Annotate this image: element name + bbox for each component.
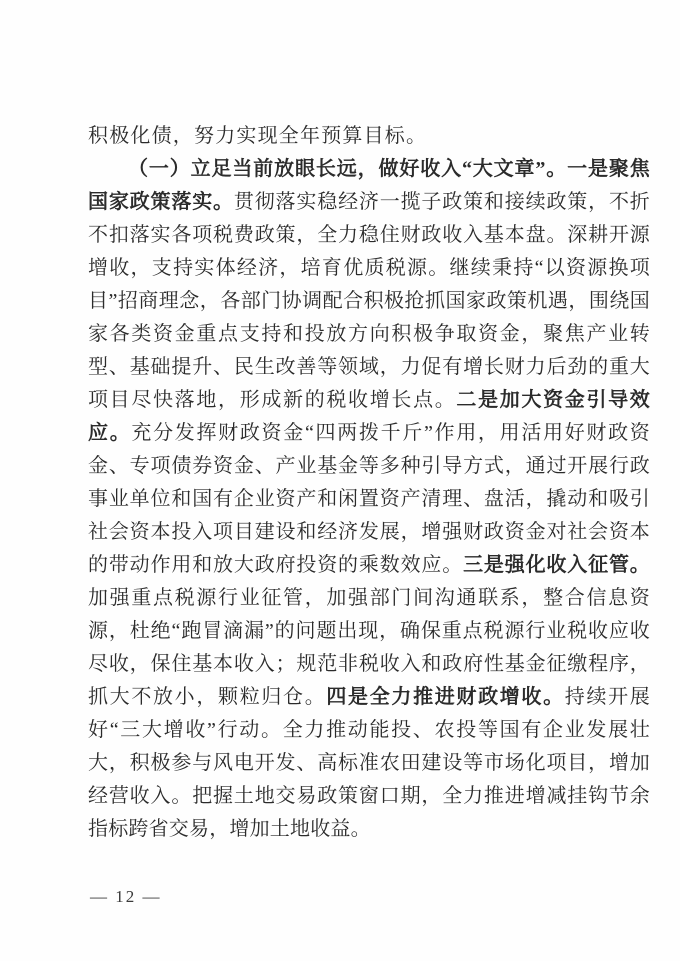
point-3-lead: 三是强化收入征管。: [463, 554, 650, 576]
document-body: 积极化债，努力实现全年预算目标。 （一）立足当前放眼长远，做好收入“大文章”。一…: [88, 120, 650, 846]
point-4-body: 持续开展好“三大增收”行动。全力推动能投、农投等国有企业发展壮大，积极参与风电开…: [88, 686, 650, 840]
point-2-body: 充分发挥财政资金“四两拨千斤”作用，用活用好财政资金、专项债券资金、产业基金等多…: [88, 422, 650, 576]
paragraph-carryover: 积极化债，努力实现全年预算目标。: [88, 120, 650, 153]
section-1-heading: （一）立足当前放眼长远，做好收入“大文章”。: [128, 158, 567, 180]
document-page: 积极化债，努力实现全年预算目标。 （一）立足当前放眼长远，做好收入“大文章”。一…: [0, 0, 680, 961]
point-1-body: 贯彻落实稳经济一揽子政策和接续政策，不折不扣落实各项税费政策，全力稳住财政收入基…: [88, 191, 650, 411]
point-4-lead: 四是全力推进财政增收。: [326, 686, 564, 708]
paragraph-section-1: （一）立足当前放眼长远，做好收入“大文章”。一是聚焦国家政策落实。贯彻落实稳经济…: [88, 153, 650, 846]
page-number: — 12 —: [90, 887, 162, 907]
